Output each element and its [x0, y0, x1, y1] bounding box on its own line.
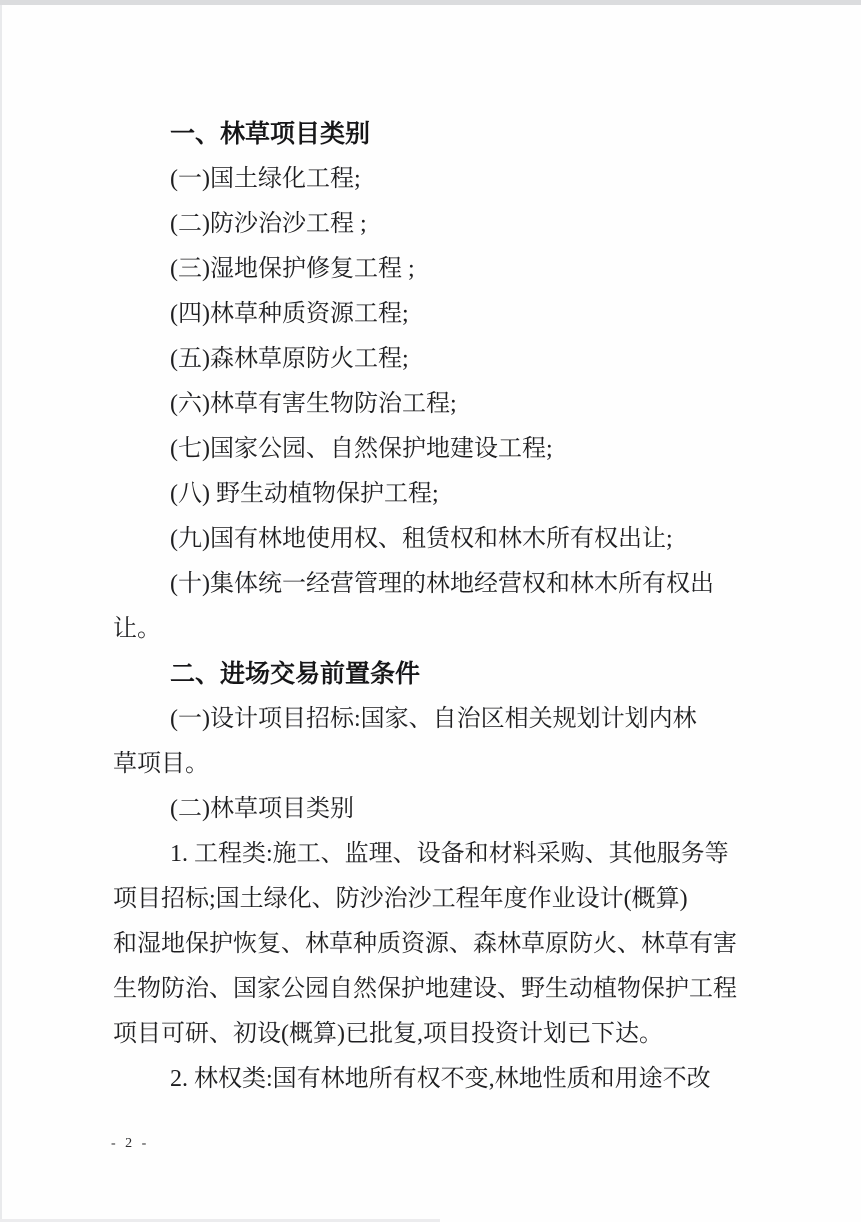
- item-1-6: (六)林草有害生物防治工程;: [113, 382, 793, 427]
- page-number: - 2 -: [111, 1136, 149, 1152]
- item-1-5: (五)森林草原防火工程;: [113, 337, 793, 382]
- item-1-10-line-2: 让。: [113, 607, 793, 652]
- document-page: 一、林草项目类别(一)国土绿化工程;(二)防沙治沙工程 ;(三)湿地保护修复工程…: [0, 0, 861, 1222]
- item-2-2: (二)林草项目类别: [113, 787, 793, 832]
- scan-edge-top: [0, 0, 861, 5]
- item-2-2-1-line-3: 和湿地保护恢复、林草种质资源、森林草原防火、林草有害: [113, 922, 793, 967]
- item-2-2-1-line-4: 生物防治、国家公园自然保护地建设、野生动植物保护工程: [113, 967, 793, 1012]
- item-1-1: (一)国土绿化工程;: [113, 157, 793, 202]
- item-1-4: (四)林草种质资源工程;: [113, 292, 793, 337]
- item-1-8: (八) 野生动植物保护工程;: [113, 472, 793, 517]
- document-body: 一、林草项目类别(一)国土绿化工程;(二)防沙治沙工程 ;(三)湿地保护修复工程…: [113, 112, 793, 1102]
- item-2-1-line-1: (一)设计项目招标:国家、自治区相关规划计划内林: [113, 697, 793, 742]
- item-1-7: (七)国家公园、自然保护地建设工程;: [113, 427, 793, 472]
- item-2-2-1-line-1: 1. 工程类:施工、监理、设备和材料采购、其他服务等: [113, 832, 793, 877]
- section-1-heading: 一、林草项目类别: [113, 112, 793, 157]
- item-2-1-line-2: 草项目。: [113, 742, 793, 787]
- item-1-9: (九)国有林地使用权、租赁权和林木所有权出让;: [113, 517, 793, 562]
- item-1-2: (二)防沙治沙工程 ;: [113, 202, 793, 247]
- item-2-2-1-line-2: 项目招标;国土绿化、防沙治沙工程年度作业设计(概算): [113, 877, 793, 922]
- section-2-heading: 二、进场交易前置条件: [113, 652, 793, 697]
- scan-edge-left: [0, 5, 2, 1222]
- item-2-2-1-line-5: 项目可研、初设(概算)已批复,项目投资计划已下达。: [113, 1012, 793, 1057]
- item-2-2-2-line-1: 2. 林权类:国有林地所有权不变,林地性质和用途不改: [113, 1057, 793, 1102]
- item-1-10-line-1: (十)集体统一经营管理的林地经营权和林木所有权出: [113, 562, 793, 607]
- item-1-3: (三)湿地保护修复工程 ;: [113, 247, 793, 292]
